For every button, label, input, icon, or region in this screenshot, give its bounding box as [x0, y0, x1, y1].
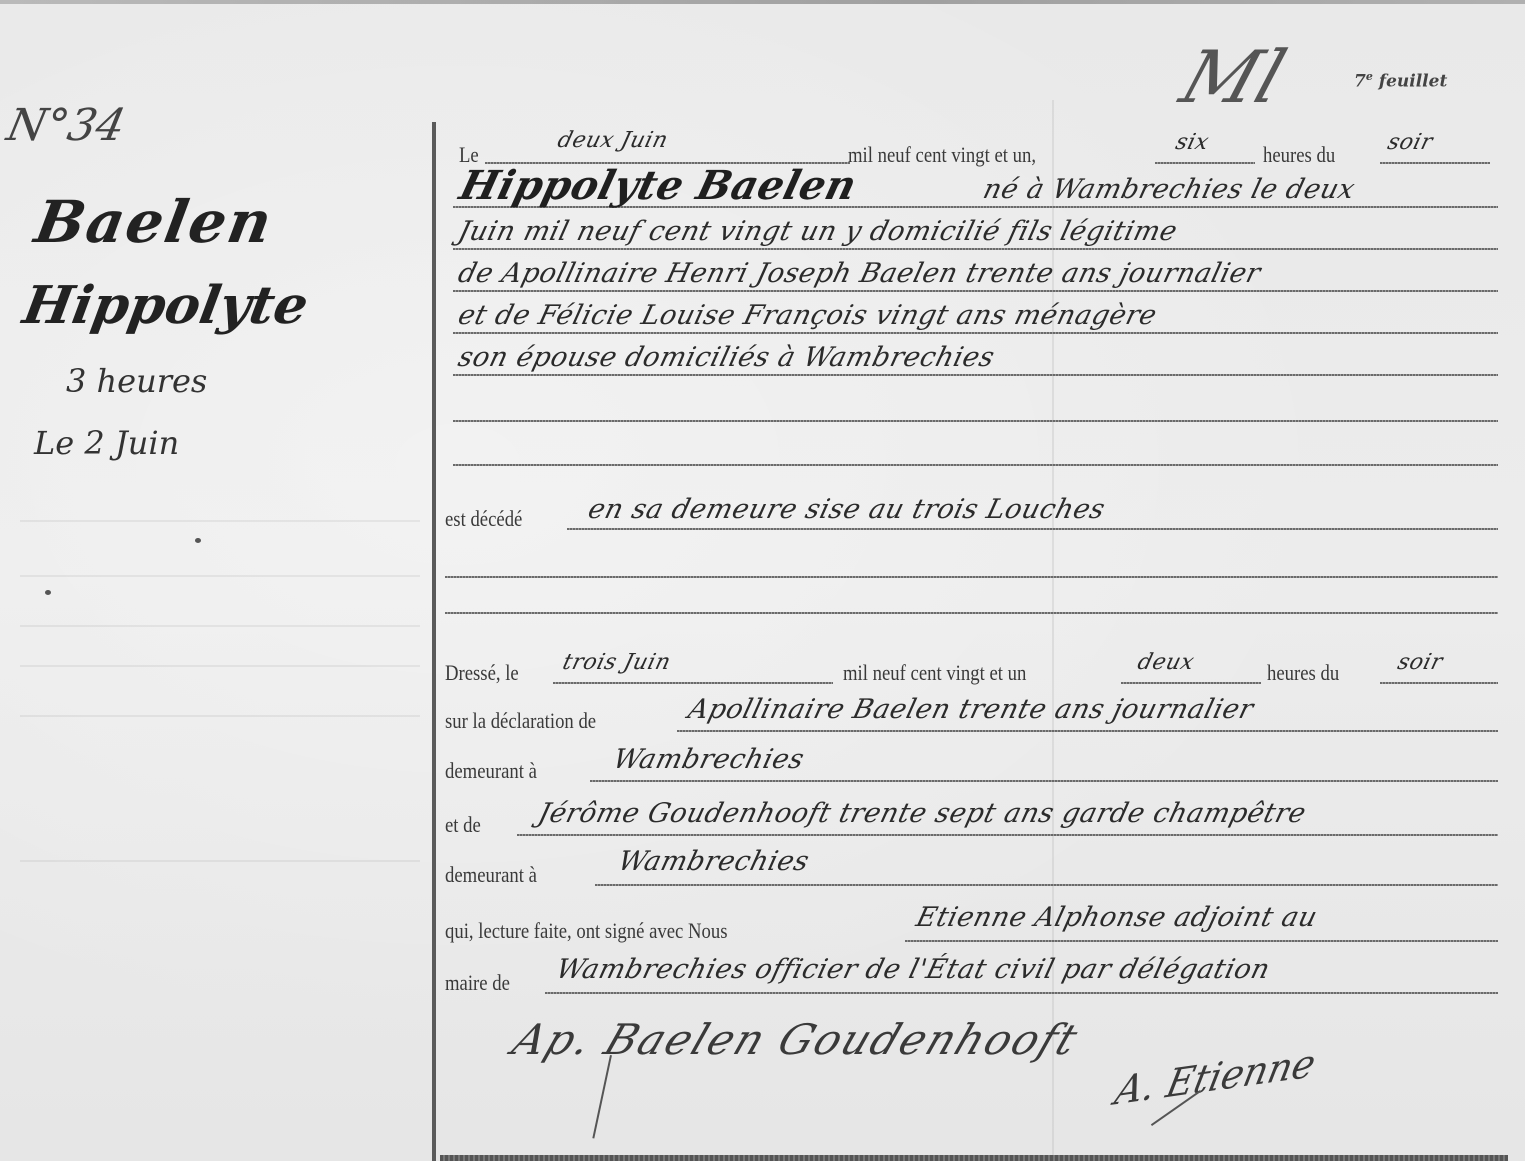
dotted-rule [453, 248, 1498, 250]
form-line-deceased: est décédé en sa demeure sise au trois L… [445, 494, 1508, 534]
label-hours: heures du [1267, 660, 1339, 686]
dotted-rule [545, 992, 1498, 994]
label-declaration: sur la déclaration de [445, 708, 596, 734]
label-year: mil neuf cent vingt et un, [848, 142, 1036, 168]
dotted-rule [453, 374, 1498, 376]
form-line-4: de Apollinaire Henri Joseph Baelen trent… [445, 254, 1508, 294]
label-hours: heures du [1263, 142, 1335, 168]
dotted-rule [590, 780, 1498, 782]
line-3-text: Juin mil neuf cent vingt un y domicilié … [455, 216, 1181, 247]
dotted-rule [905, 940, 1498, 942]
form-line-declaration: sur la déclaration de Apollinaire Baelen… [445, 698, 1508, 738]
dotted-rule [567, 528, 1498, 530]
label-and-of: et de [445, 812, 481, 838]
form-line-blank [445, 580, 1508, 620]
form-line-residence-1: demeurant à Wambrechies [445, 748, 1508, 788]
official-signature: A. Etienne [1111, 1040, 1319, 1114]
form-line-blank [445, 384, 1508, 424]
mayor-text: Wambrechies officier de l'État civil par… [553, 954, 1273, 985]
sheet-word: feuillet [1379, 72, 1448, 92]
label-deceased: est décédé [445, 506, 522, 532]
sheet-suffix: e [1366, 70, 1373, 83]
form-line-3: Juin mil neuf cent vingt un y domicilié … [445, 212, 1508, 252]
drawn-up-period: soir [1395, 650, 1445, 675]
frame-left-rule [432, 122, 436, 1161]
death-place: en sa demeure sise au trois Louches [585, 494, 1108, 525]
dotted-rule [453, 332, 1498, 334]
margin-given-name: Hippolyte [19, 275, 313, 336]
form-line-witness: et de Jérôme Goudenhooft trente sept ans… [445, 802, 1508, 842]
ink-speck [195, 538, 201, 543]
label-mayor: maire de [445, 970, 510, 996]
mother-text: et de Félicie Louise François vingt ans … [455, 300, 1160, 331]
dotted-rule [453, 464, 1498, 466]
dotted-rule [1380, 682, 1498, 684]
margin-annotation: N°34 Baelen Hippolyte 3 heures Le 2 Juin [0, 0, 430, 1161]
form-line-drawn-up: Dressé, le trois Juin mil neuf cent ving… [445, 650, 1508, 690]
form-line-signed: qui, lecture faite, ont signé avec Nous … [445, 908, 1508, 948]
sheet-number: 7 [1354, 72, 1366, 92]
dotted-rule [445, 576, 1498, 578]
residence-text: son épouse domiciliés à Wambrechies [455, 342, 998, 373]
margin-date-note: Le 2 Juin [34, 424, 179, 462]
form-line-residence-2: demeurant à Wambrechies [445, 852, 1508, 892]
label-signed: qui, lecture faite, ont signé avec Nous [445, 918, 727, 944]
label-drawn-up: Dressé, le [445, 660, 519, 686]
signature-flourish [592, 1055, 612, 1139]
form-line-blank [445, 428, 1508, 468]
dotted-rule [595, 884, 1498, 886]
death-hour: six [1173, 130, 1211, 155]
ink-speck [45, 590, 51, 595]
dotted-rule [445, 612, 1498, 614]
margin-surname: Baelen [30, 188, 279, 256]
entry-number: N°34 [3, 100, 130, 151]
death-day-month: deux Juin [555, 128, 671, 153]
birth-text: né à Wambrechies le deux [980, 174, 1358, 205]
dotted-rule [453, 420, 1498, 422]
official-name: Etienne Alphonse adjoint au [913, 902, 1321, 933]
dotted-rule [453, 290, 1498, 292]
frame-bottom-rule [440, 1155, 1508, 1161]
witness-residence: Wambrechies [615, 846, 812, 877]
father-text: de Apollinaire Henri Joseph Baelen trent… [455, 258, 1264, 289]
label-residing: demeurant à [445, 862, 537, 888]
form-line-mayor: maire de Wambrechies officier de l'État … [445, 958, 1508, 998]
form-line-6: son épouse domiciliés à Wambrechies [445, 338, 1508, 378]
form-line-blank [445, 540, 1508, 580]
dotted-rule [517, 834, 1498, 836]
dotted-rule [1380, 162, 1490, 164]
margin-hour-note: 3 heures [66, 362, 207, 400]
paraph-mark: Ml [1171, 35, 1295, 119]
form-line-5: et de Félicie Louise François vingt ans … [445, 296, 1508, 336]
sheet-mark: 7e feuillet [1354, 70, 1447, 92]
deceased-name: Hippolyte Baelen [455, 162, 862, 209]
dotted-rule [553, 682, 833, 684]
witness-signatures: Ap. Baelen Goudenhooft [506, 1015, 1086, 1064]
dotted-rule [1155, 162, 1255, 164]
form-line-name: Hippolyte Baelen né à Wambrechies le deu… [445, 170, 1508, 210]
death-period: soir [1385, 130, 1435, 155]
drawn-up-hour: deux [1135, 650, 1197, 675]
witness-name: Jérôme Goudenhooft trente sept ans garde… [535, 798, 1309, 829]
label-residing: demeurant à [445, 758, 537, 784]
register-page: N°34 Baelen Hippolyte 3 heures Le 2 Juin… [0, 0, 1525, 1161]
dotted-rule [677, 730, 1498, 732]
drawn-up-day-month: trois Juin [560, 650, 673, 675]
label-year: mil neuf cent vingt et un [843, 660, 1026, 686]
declarant-residence: Wambrechies [610, 744, 807, 775]
declarant: Apollinaire Baelen trente ans journalier [685, 694, 1257, 725]
dotted-rule [1121, 682, 1261, 684]
